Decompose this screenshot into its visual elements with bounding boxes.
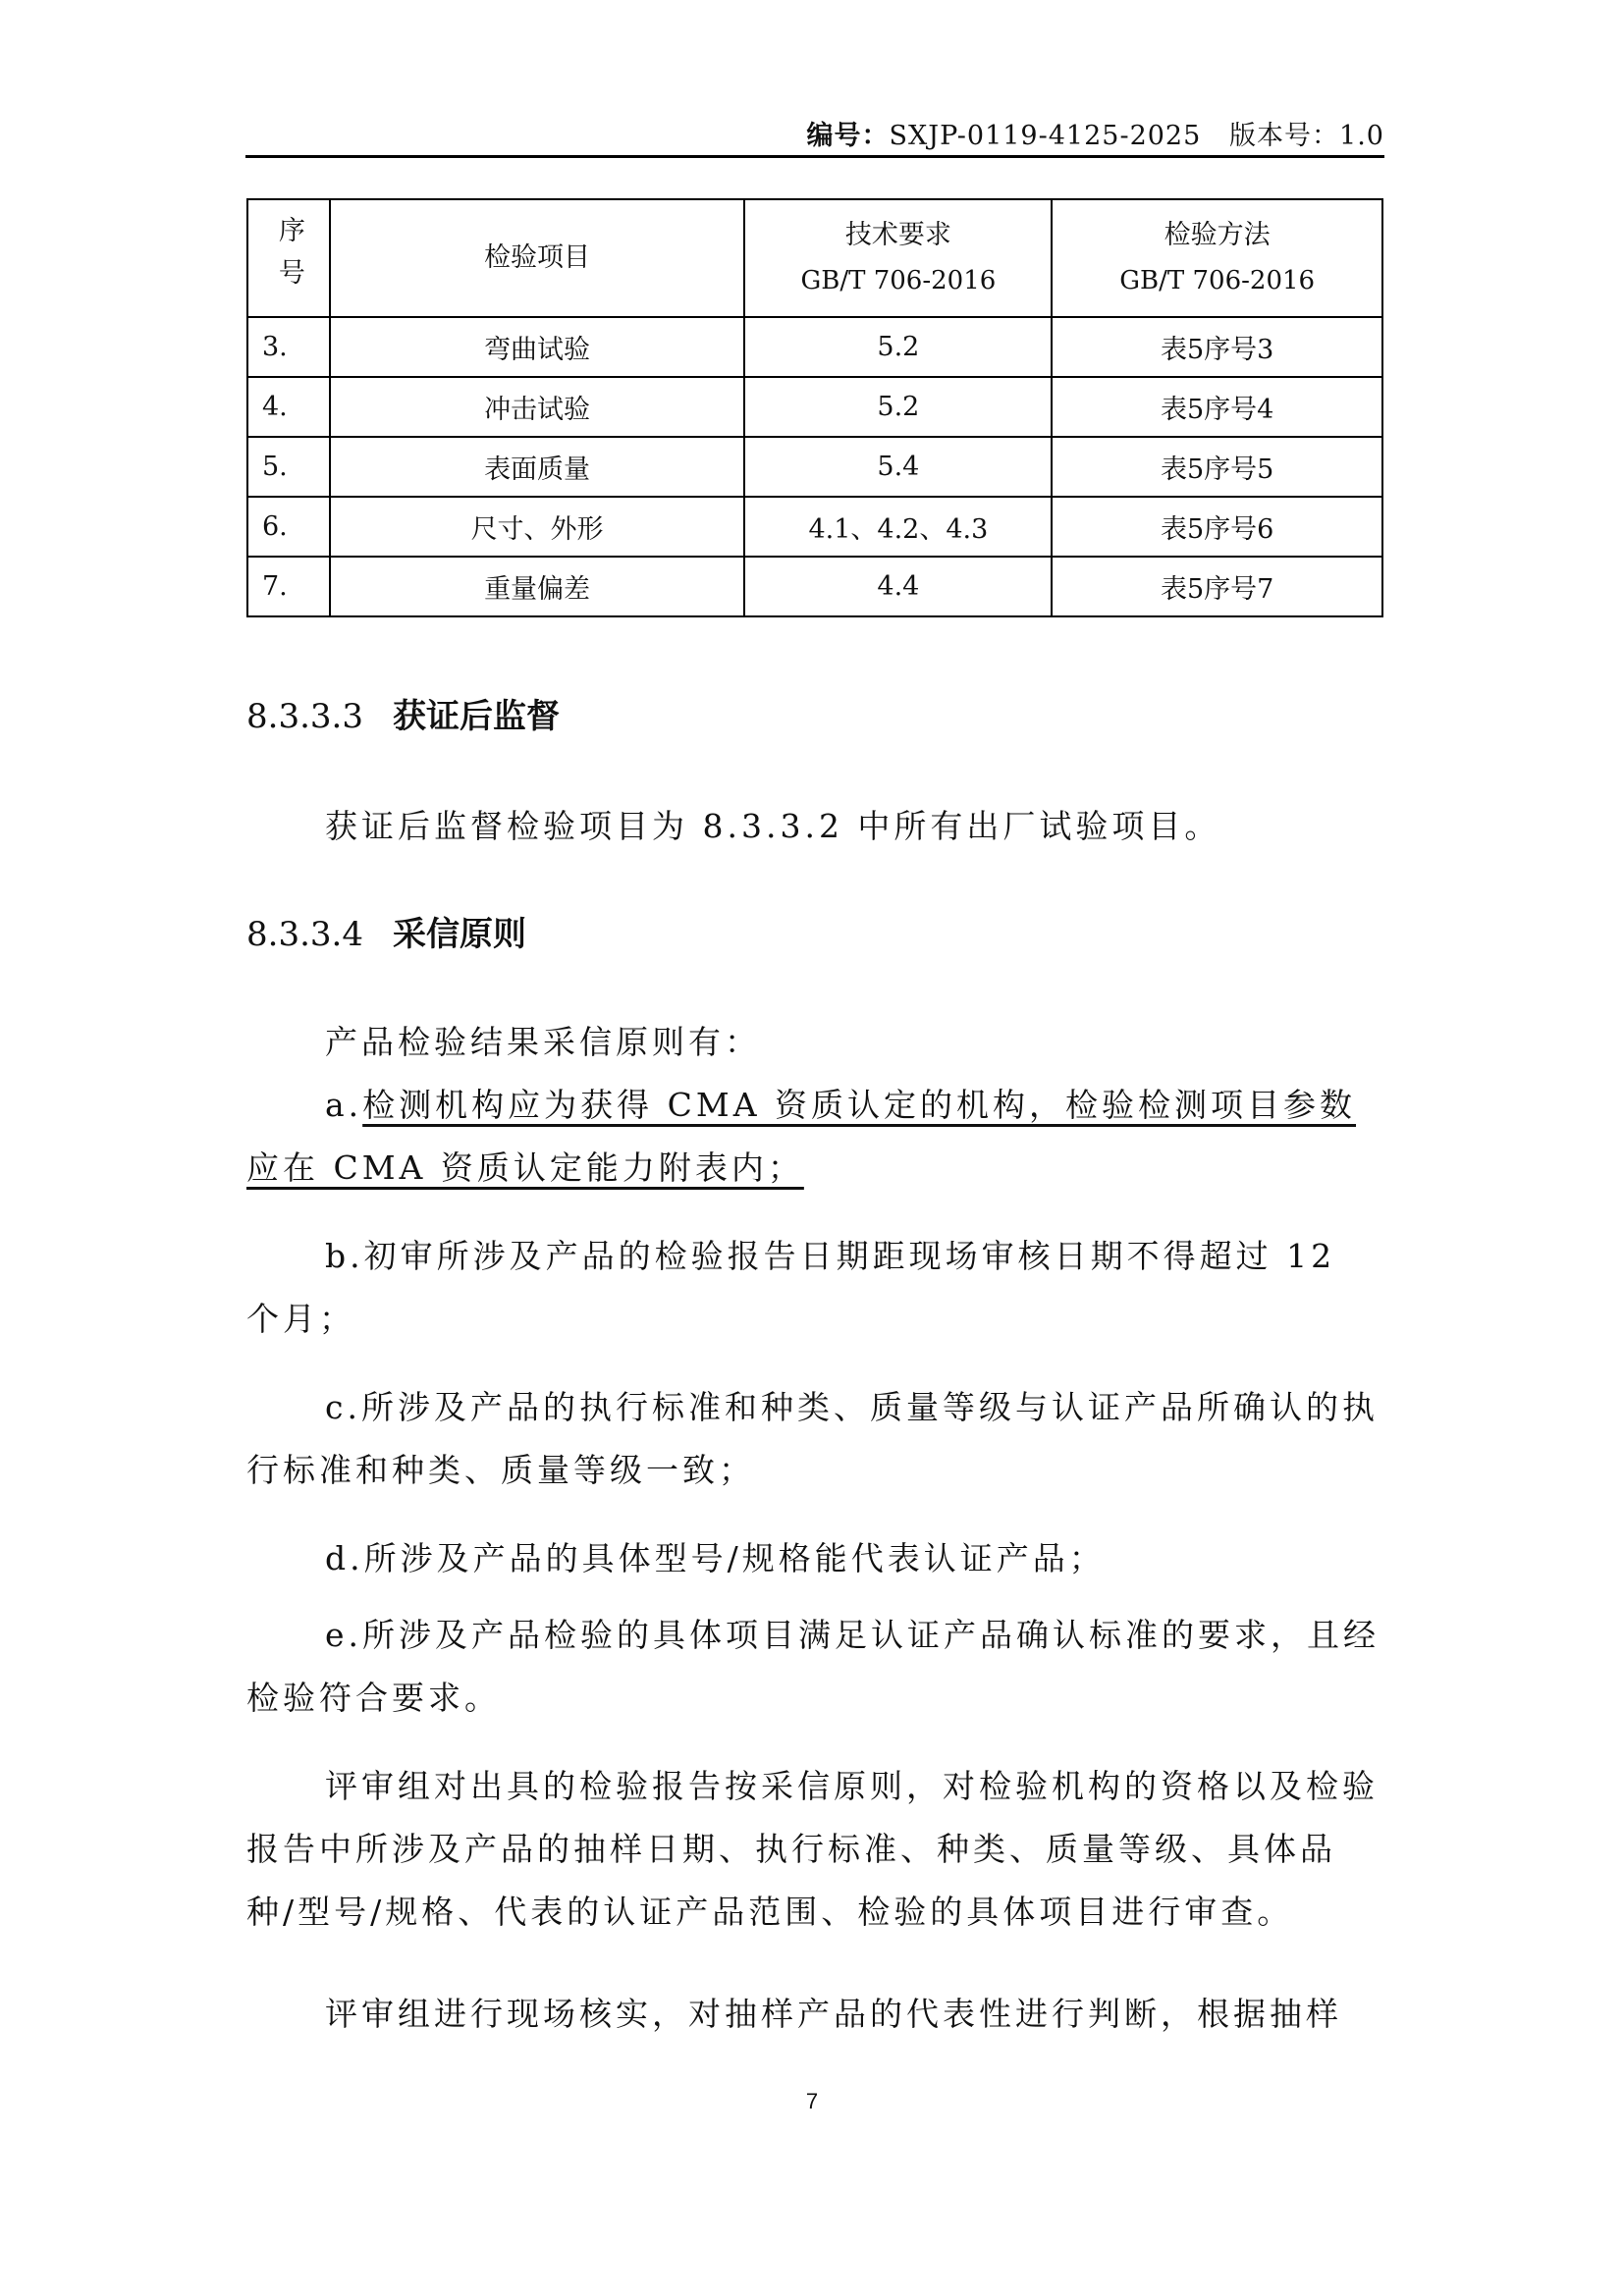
cell-tech: 4.4 — [744, 557, 1052, 616]
cell-item: 表面质量 — [330, 437, 745, 497]
table-row: 3. 弯曲试验 5.2 表5序号3 — [247, 317, 1382, 377]
cell-tech: 5.2 — [744, 377, 1052, 437]
header-item: 检验项目 — [330, 199, 745, 317]
cell-item: 冲击试验 — [330, 377, 745, 437]
cell-seq: 4. — [247, 377, 330, 437]
paragraph-intro: 产品检验结果采信原则有： — [246, 1011, 1385, 1074]
document-header: 编号：SXJP-0119-4125-2025 版本号：1.0 — [245, 114, 1384, 152]
cell-seq: 5. — [247, 437, 330, 497]
list-marker: a. — [325, 1086, 362, 1124]
code-label: 编号： — [807, 121, 890, 151]
cell-method: 表5序号4 — [1052, 377, 1382, 437]
version-label: 版本号： — [1229, 121, 1339, 151]
cell-seq: 7. — [247, 557, 330, 616]
header-method-label: 检验方法 — [1164, 220, 1271, 250]
section-heading-8334: 8.3.3.4采信原则 — [246, 907, 526, 955]
cell-tech: 4.1、4.2、4.3 — [744, 497, 1052, 557]
cell-tech: 5.2 — [744, 317, 1052, 377]
version-value: 1.0 — [1339, 121, 1384, 151]
cell-method: 表5序号5 — [1052, 437, 1382, 497]
header-seq: 序号 — [247, 199, 330, 317]
header-tech-label: 技术要求 — [845, 220, 951, 250]
cell-tech: 5.4 — [744, 437, 1052, 497]
paragraph: 评审组进行现场核实，对抽样产品的代表性进行判断，根据抽样 — [246, 1983, 1385, 2046]
list-item-e: e.所涉及产品检验的具体项目满足认证产品确认标准的要求，且经检验符合要求。 — [246, 1604, 1385, 1730]
table-header-row: 序号 检验项目 技术要求GB/T 706-2016 检验方法GB/T 706-2… — [247, 199, 1382, 317]
section-number: 8.3.3.4 — [246, 915, 363, 954]
section-number: 8.3.3.3 — [246, 697, 363, 736]
list-item-b: b.初审所涉及产品的检验报告日期距现场审核日期不得超过 12 个月； — [246, 1225, 1385, 1351]
cell-item: 弯曲试验 — [330, 317, 745, 377]
cell-method: 表5序号7 — [1052, 557, 1382, 616]
inspection-table: 序号 检验项目 技术要求GB/T 706-2016 检验方法GB/T 706-2… — [246, 198, 1383, 617]
section-title: 获证后监督 — [393, 697, 560, 736]
header-rule — [245, 155, 1384, 158]
cell-item: 尺寸、外形 — [330, 497, 745, 557]
code-value: SXJP-0119-4125-2025 — [890, 121, 1202, 151]
table-row: 5. 表面质量 5.4 表5序号5 — [247, 437, 1382, 497]
section-title: 采信原则 — [393, 915, 526, 954]
paragraph: 获证后监督检验项目为 8.3.3.2 中所有出厂试验项目。 — [246, 795, 1385, 858]
header-method-std: GB/T 706-2016 — [1053, 258, 1381, 303]
list-item-a: a.检测机构应为获得 CMA 资质认定的机构，检验检测项目参数应在 CMA 资质… — [246, 1074, 1385, 1200]
page-number: 7 — [0, 2089, 1624, 2114]
table-row: 7. 重量偏差 4.4 表5序号7 — [247, 557, 1382, 616]
underlined-text: 检测机构应为获得 CMA 资质认定的机构，检验检测项目参数应在 CMA 资质认定… — [246, 1086, 1356, 1187]
paragraph: 评审组对出具的检验报告按采信原则，对检验机构的资格以及检验报告中所涉及产品的抽样… — [246, 1755, 1385, 1944]
list-item-d: d.所涉及产品的具体型号/规格能代表认证产品； — [246, 1527, 1385, 1590]
cell-method: 表5序号6 — [1052, 497, 1382, 557]
header-method: 检验方法GB/T 706-2016 — [1052, 199, 1382, 317]
table-row: 6. 尺寸、外形 4.1、4.2、4.3 表5序号6 — [247, 497, 1382, 557]
cell-method: 表5序号3 — [1052, 317, 1382, 377]
table-row: 4. 冲击试验 5.2 表5序号4 — [247, 377, 1382, 437]
section-heading-8333: 8.3.3.3获证后监督 — [246, 689, 560, 737]
cell-seq: 3. — [247, 317, 330, 377]
cell-seq: 6. — [247, 497, 330, 557]
list-item-c: c.所涉及产品的执行标准和种类、质量等级与认证产品所确认的执行标准和种类、质量等… — [246, 1376, 1385, 1502]
header-tech-std: GB/T 706-2016 — [745, 258, 1051, 303]
header-tech: 技术要求GB/T 706-2016 — [744, 199, 1052, 317]
cell-item: 重量偏差 — [330, 557, 745, 616]
